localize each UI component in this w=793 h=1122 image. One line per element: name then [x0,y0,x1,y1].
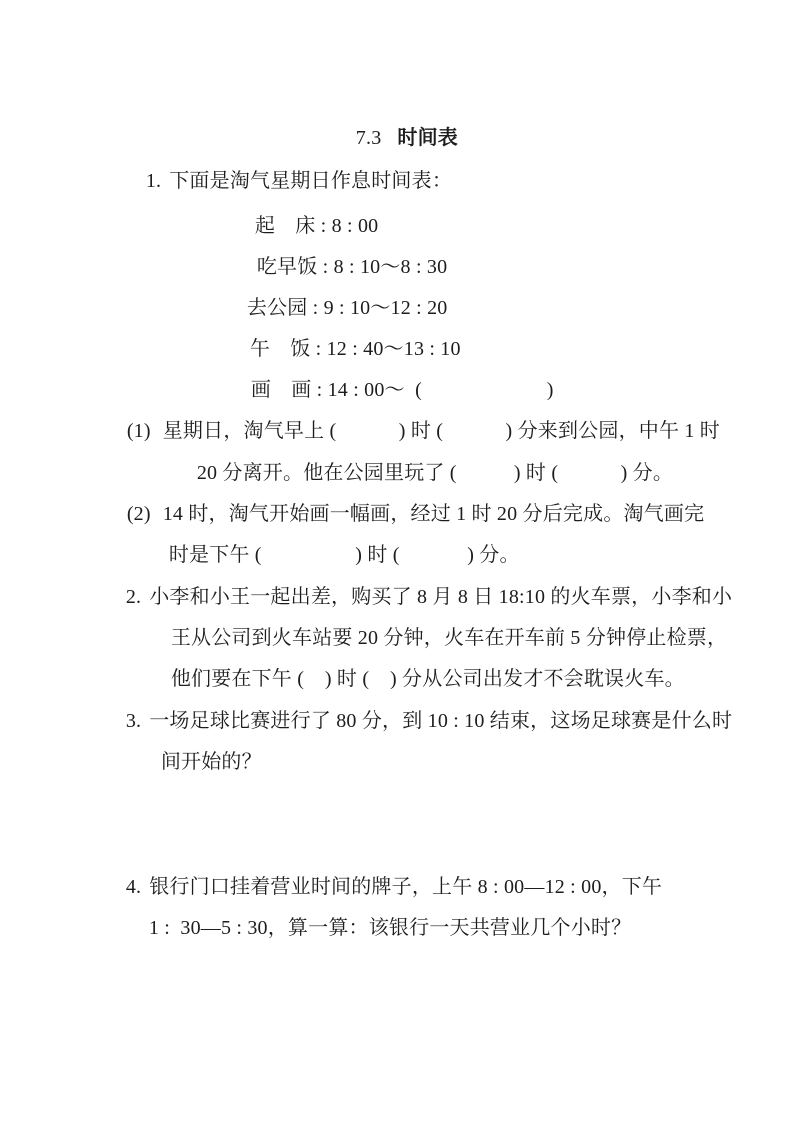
question-3-number: 3. [126,710,141,732]
question-4-line-2: 1 : 30—5 : 30，算一算：该银行一天共营业几个小时？ [128,894,631,963]
question-3-text-continued: 间开始的？ [161,751,262,773]
question-3-line-2: 间开始的？ [140,728,262,797]
section-number: 7.3 [356,127,382,149]
sub-question-1-number: (1) [127,420,151,442]
question-1-intro: 下面是淘气星期日作息时间表： [169,170,452,192]
section-title-text: 时间表 [397,127,458,149]
question-4-text-continued: 1 : 30—5 : 30，算一算：该银行一天共营业几个小时？ [149,917,632,939]
question-2-number: 2. [126,586,141,608]
worksheet-page: 7.3时间表 1.下面是淘气星期日作息时间表： 起 床 : 8 : 00 吃早饭… [0,0,793,1122]
question-1-number: 1. [146,170,161,192]
